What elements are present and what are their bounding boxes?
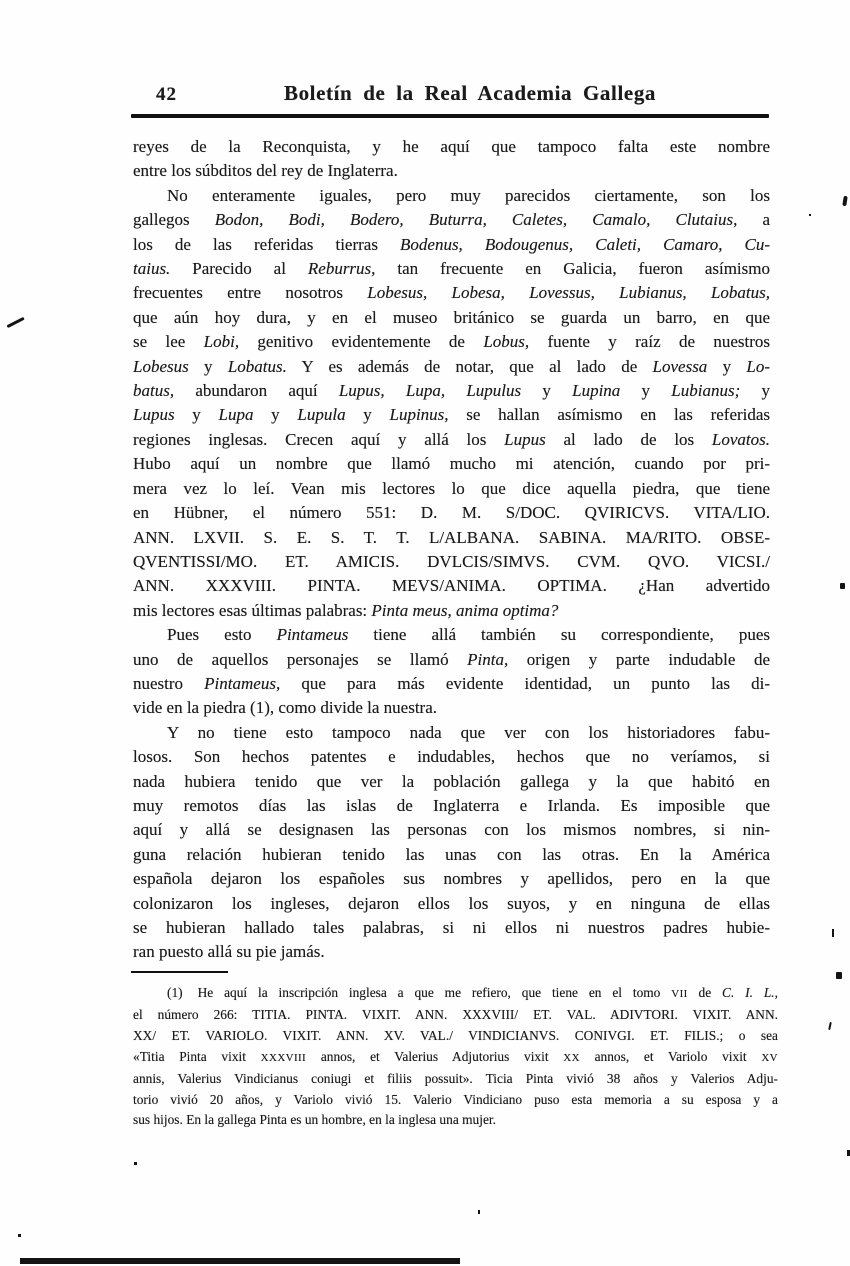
text-segment: entre los súbditos del rey de Inglaterra… [133, 161, 398, 180]
text-line: QVENTISSI/MO. ET. AMICIS. DVLCIS/SIMVS. … [133, 550, 770, 574]
text-line: «Titia Pinta vixit XXXVIII annos, et Val… [133, 1047, 778, 1069]
text-line: ANN. LXVII. S. E. S. T. T. L/ALBANA. SAB… [133, 526, 770, 550]
text-segment: nada hubiera tenido que ver la población… [133, 772, 770, 791]
italic-text: C. I. L. [722, 985, 775, 1000]
text-line: colonizaron los ingleses, dejaron ellos … [133, 892, 770, 916]
text-line: XX/ ET. VARIOLO. VIXIT. ANN. XV. VAL./ V… [133, 1026, 778, 1047]
text-line: vide en la piedra (1), como divide la nu… [133, 696, 770, 720]
text-line: ANN. XXXVIII. PINTA. MEVS/ANIMA. OPTIMA.… [133, 574, 770, 598]
italic-text: Pinta meus, anima optima? [371, 601, 558, 620]
text-segment: regiones inglesas. Crecen aquí y allá lo… [133, 430, 504, 449]
text-segment: de [688, 985, 722, 1000]
text-segment: muy remotos días las islas de Inglaterra… [133, 796, 770, 815]
text-segment: el número 266: TITIA. PINTA. VIXIT. ANN.… [133, 1007, 778, 1022]
text-segment: origen y parte indudable de [508, 650, 770, 669]
text-segment: se hubieran hallado tales palabras, si n… [133, 918, 770, 937]
ink-speck [134, 1162, 137, 1165]
text-line: No enteramente iguales, pero muy parecid… [133, 184, 770, 208]
ink-speck [809, 214, 811, 216]
footnote-rule [131, 971, 228, 973]
text-line: frecuentes entre nosotros Lobesus, Lobes… [133, 281, 770, 305]
italic-text: Lupus, Lupa, Lupulus [339, 381, 521, 400]
italic-text: batus, [133, 381, 174, 400]
text-segment: reyes de la Reconquista, y he aquí que t… [133, 137, 770, 156]
text-segment: Parecido al [170, 259, 308, 278]
text-segment: torio vivió 20 años, y Variolo vivió 15.… [133, 1092, 778, 1107]
italic-text: Lobesus, Lobesa, Lovessus, Lubianus, Lob… [367, 283, 770, 302]
text-segment: al lado de los [546, 430, 712, 449]
text-segment: gallegos [133, 210, 215, 229]
text-segment: losos. Son hechos patentes e indudables,… [133, 747, 770, 766]
ink-speck [832, 929, 834, 937]
text-line: gallegos Bodon, Bodi, Bodero, Buturra, C… [133, 208, 770, 232]
text-segment: No enteramente iguales, pero muy parecid… [167, 186, 770, 205]
text-segment: VII [671, 988, 687, 1000]
scanned-page: 42 Boletín de la Real Academia Gallega r… [0, 0, 850, 1266]
text-line: (1)He aquí la inscripción inglesa a que … [133, 983, 778, 1005]
italic-text: Lobesus [133, 357, 189, 376]
text-segment: que aún hoy dura, y en el museo británic… [133, 308, 770, 327]
text-segment: mera vez lo leí. Vean mis lectores lo qu… [133, 479, 770, 498]
italic-text: Lupa [219, 405, 254, 424]
ink-speck [836, 972, 842, 979]
text-segment: XX/ ET. VARIOLO. VIXIT. ANN. XV. VAL./ V… [133, 1028, 778, 1043]
text-segment: y [740, 381, 770, 400]
text-line: losos. Son hechos patentes e indudables,… [133, 745, 770, 769]
text-segment: genitivo evidentemente de [239, 332, 483, 351]
text-line: taius. Parecido al Reburrus, tan frecuen… [133, 257, 770, 281]
text-segment: vide en la piedra (1), como divide la nu… [133, 698, 437, 717]
header-rule [131, 114, 769, 118]
italic-text: Lo- [746, 357, 770, 376]
text-segment: annos, et Valerius Adjutorius vixit [306, 1049, 563, 1064]
text-segment: se hallan asímismo en las referidas [449, 405, 770, 424]
text-segment: sus hijos. En la gallega Pinta es un hom… [133, 1112, 496, 1127]
text-segment: Pues esto [167, 625, 277, 644]
text-segment: ANN. LXVII. S. E. S. T. T. L/ALBANA. SAB… [133, 528, 770, 547]
text-line: ran puesto allá su pie jamás. [133, 940, 770, 964]
text-segment: XX [563, 1052, 580, 1064]
text-line: se lee Lobi, genitivo evidentemente de L… [133, 330, 770, 354]
text-line: entre los súbditos del rey de Inglaterra… [133, 159, 770, 183]
text-segment: y [189, 357, 228, 376]
text-segment: y [521, 381, 572, 400]
text-segment: XV [761, 1052, 778, 1064]
text-line: regiones inglesas. Crecen aquí y allá lo… [133, 428, 770, 452]
text-line: sus hijos. En la gallega Pinta es un hom… [133, 1110, 778, 1131]
text-segment: y [346, 405, 390, 424]
text-segment: y [253, 405, 297, 424]
text-line: reyes de la Reconquista, y he aquí que t… [133, 135, 770, 159]
text-segment: «Titia Pinta vixit [133, 1049, 261, 1064]
italic-text: Lupula [297, 405, 345, 424]
text-segment: annos, et Variolo vixit [580, 1049, 761, 1064]
scan-artifact-bar [20, 1258, 460, 1264]
italic-text: Bodon, Bodi, Bodero, Buturra, Caletes, C… [215, 210, 738, 229]
text-line: Pues esto Pintameus tiene allá también s… [133, 623, 770, 647]
italic-text: Lobi, [204, 332, 239, 351]
italic-text: Lupina [572, 381, 620, 400]
text-line: el número 266: TITIA. PINTA. VIXIT. ANN.… [133, 1005, 778, 1026]
text-segment: abundaron aquí [174, 381, 339, 400]
text-segment: uno de aquellos personajes se llamó [133, 650, 467, 669]
text-line: mis lectores esas últimas palabras: Pint… [133, 599, 770, 623]
italic-text: Pintameus [277, 625, 349, 644]
italic-text: Lupus [133, 405, 175, 424]
text-line: española dejaron los españoles sus nombr… [133, 867, 770, 891]
text-line: Lobesus y Lobatus. Y es además de notar,… [133, 355, 770, 379]
text-segment: tiene allá también su correspondiente, p… [348, 625, 770, 644]
footnote-text: (1)He aquí la inscripción inglesa a que … [133, 983, 778, 1131]
text-segment: española dejaron los españoles sus nombr… [133, 869, 770, 888]
italic-text: Pinta, [467, 650, 508, 669]
text-line: muy remotos días las islas de Inglaterra… [133, 794, 770, 818]
pen-mark [6, 317, 24, 328]
text-segment: y [175, 405, 219, 424]
text-segment: ANN. XXXVIII. PINTA. MEVS/ANIMA. OPTIMA.… [133, 576, 770, 595]
text-segment: en Hübner, el número 551: D. M. S/DOC. Q… [133, 503, 770, 522]
ink-speck [478, 1210, 480, 1214]
text-segment: y [707, 357, 746, 376]
text-line: uno de aquellos personajes se llamó Pint… [133, 648, 770, 672]
text-line: mera vez lo leí. Vean mis lectores lo qu… [133, 477, 770, 501]
italic-text: Lobatus. [228, 357, 287, 376]
text-segment: nuestro [133, 674, 204, 693]
text-line: batus, abundaron aquí Lupus, Lupa, Lupul… [133, 379, 770, 403]
text-segment: He aquí la inscripción inglesa a que me … [198, 985, 672, 1000]
body-text: reyes de la Reconquista, y he aquí que t… [133, 135, 770, 965]
text-segment: Y es además de notar, que al lado de [287, 357, 653, 376]
italic-text: Bodenus, Bodougenus, Caleti, Camaro, Cu- [400, 235, 770, 254]
italic-text: taius. [133, 259, 170, 278]
text-line: Y no tiene esto tampoco nada que ver con… [133, 721, 770, 745]
text-line: nada hubiera tenido que ver la población… [133, 770, 770, 794]
text-line: se hubieran hallado tales palabras, si n… [133, 916, 770, 940]
ink-speck [18, 1234, 21, 1237]
text-segment: , [775, 985, 778, 1000]
text-segment: Y no tiene esto tampoco nada que ver con… [167, 723, 770, 742]
text-segment: fuente y raíz de nuestros [529, 332, 770, 351]
text-line: guna relación hubieran tenido las unas c… [133, 843, 770, 867]
text-segment: se lee [133, 332, 204, 351]
text-segment: XXXVIII [261, 1052, 306, 1064]
text-segment: QVENTISSI/MO. ET. AMICIS. DVLCIS/SIMVS. … [133, 552, 770, 571]
ink-speck [828, 1022, 832, 1030]
italic-text: Lupus [504, 430, 546, 449]
italic-text: Lubianus; [671, 381, 740, 400]
text-segment: ran puesto allá su pie jamás. [133, 942, 325, 961]
text-segment: tan frecuente en Galicia, fueron asímism… [375, 259, 770, 278]
text-segment: aquí y allá se designasen las personas c… [133, 820, 770, 839]
italic-text: Lupinus, [390, 405, 449, 424]
text-line: torio vivió 20 años, y Variolo vivió 15.… [133, 1090, 778, 1111]
text-segment: y [620, 381, 671, 400]
italic-text: Lovessa [653, 357, 708, 376]
journal-title: Boletín de la Real Academia Gallega [150, 81, 790, 106]
text-segment: mis lectores esas últimas palabras: [133, 601, 371, 620]
text-line: Lupus y Lupa y Lupula y Lupinus, se hall… [133, 403, 770, 427]
text-line: los de las referidas tierras Bodenus, Bo… [133, 233, 770, 257]
text-line: en Hübner, el número 551: D. M. S/DOC. Q… [133, 501, 770, 525]
italic-text: Reburrus, [308, 259, 376, 278]
text-line: que aún hoy dura, y en el museo británic… [133, 306, 770, 330]
text-segment: Hubo aquí un nombre que llamó mucho mi a… [133, 454, 770, 473]
ink-speck [842, 196, 848, 207]
text-segment: que para más evidente identidad, un punt… [280, 674, 770, 693]
text-line: annis, Valerius Vindicianus coniugi et f… [133, 1069, 778, 1090]
text-segment: guna relación hubieran tenido las unas c… [133, 845, 770, 864]
text-line: aquí y allá se designasen las personas c… [133, 818, 770, 842]
text-segment: (1) [167, 985, 183, 1000]
text-segment: annis, Valerius Vindicianus coniugi et f… [133, 1071, 778, 1086]
text-line: Hubo aquí un nombre que llamó mucho mi a… [133, 452, 770, 476]
text-line: nuestro Pintameus, que para más evidente… [133, 672, 770, 696]
italic-text: Pintameus, [204, 674, 280, 693]
italic-text: Lovatos. [712, 430, 770, 449]
ink-speck [840, 583, 845, 589]
italic-text: Lobus, [483, 332, 529, 351]
text-segment: colonizaron los ingleses, dejaron ellos … [133, 894, 770, 913]
text-segment: a [737, 210, 770, 229]
text-segment: los de las referidas tierras [133, 235, 400, 254]
text-segment: frecuentes entre nosotros [133, 283, 367, 302]
